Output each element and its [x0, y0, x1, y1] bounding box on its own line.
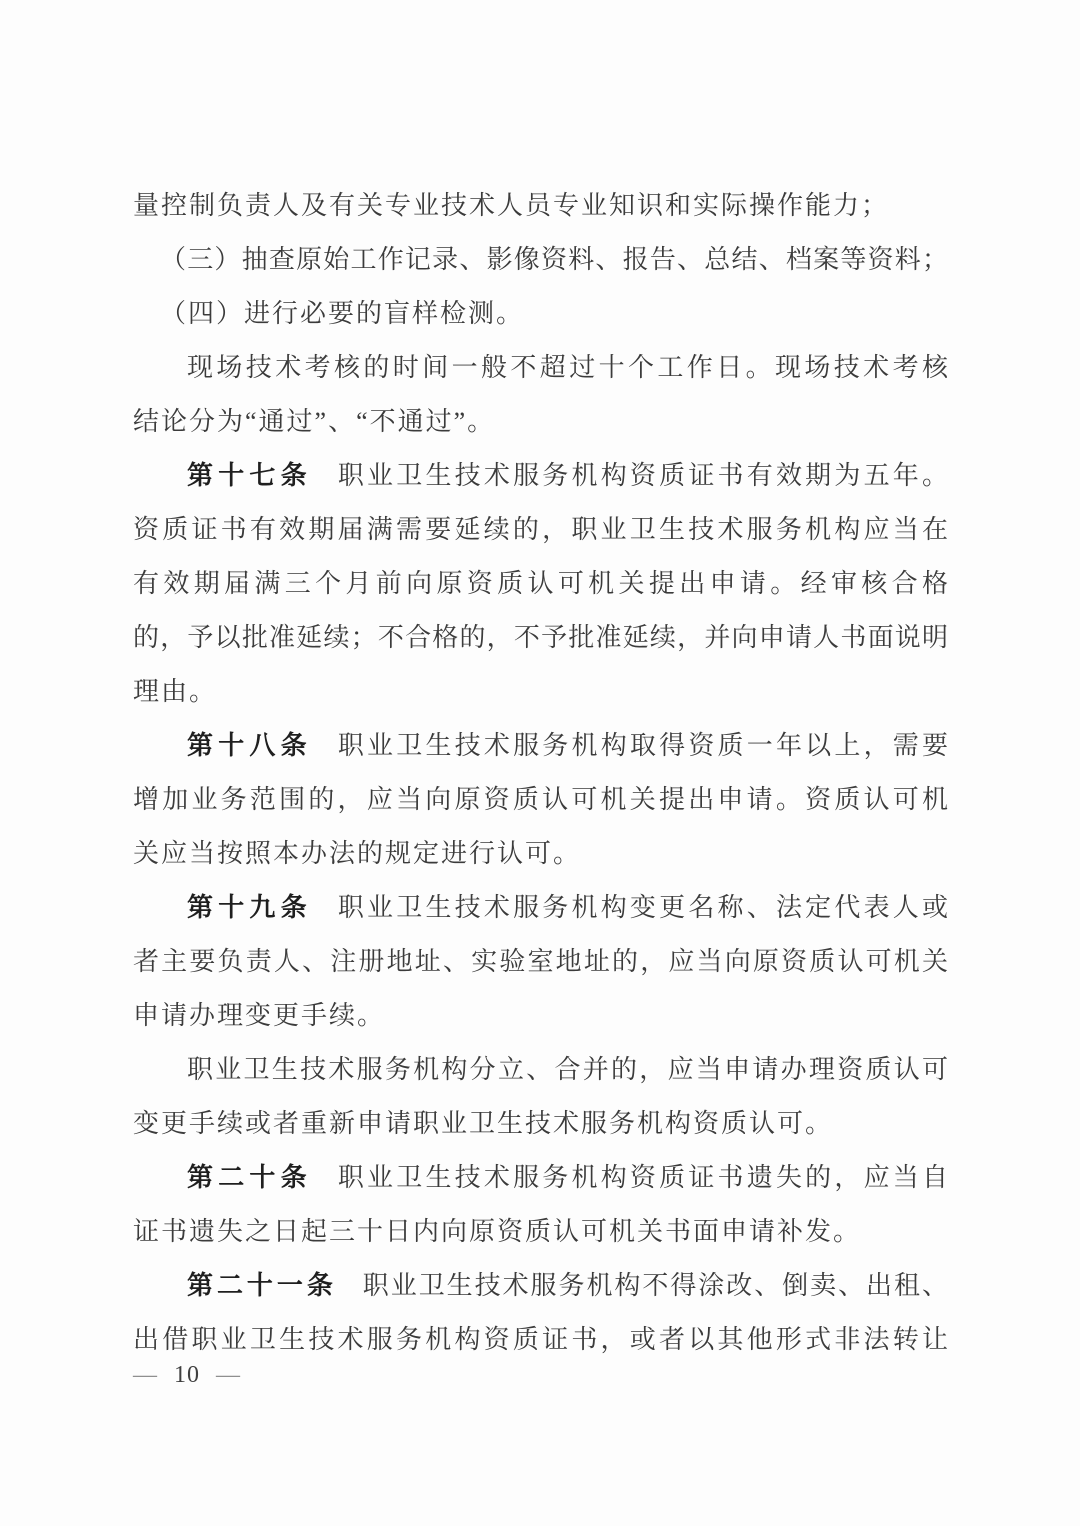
- text-line: 的，予以批准延续；不合格的，不予批准延续，并向申请人书面说明: [133, 611, 948, 665]
- text-run: 关应当按照本办法的规定进行认可。: [133, 839, 581, 868]
- text-line: 增加业务范围的，应当向原资质认可机关提出申请。资质认可机: [133, 773, 948, 827]
- text-run: 有效期届满三个月前向原资质认可机关提出申请。经审核合格: [133, 569, 948, 598]
- document-body: 量控制负责人及有关专业技术人员专业知识和实际操作能力；（三）抽查原始工作记录、影…: [133, 179, 948, 1367]
- text-line: 理由。: [133, 665, 948, 719]
- text-run: 结论分为“通过”、“不通过”。: [133, 407, 495, 436]
- text-run: 出借职业卫生技术服务机构资质证书，或者以其他形式非法转让: [133, 1325, 948, 1354]
- text-line: 者主要负责人、注册地址、实验室地址的，应当向原资质认可机关: [133, 935, 948, 989]
- text-line: 第十八条职业卫生技术服务机构取得资质一年以上，需要: [133, 719, 948, 773]
- text-run: 变更手续或者重新申请职业卫生技术服务机构资质认可。: [133, 1109, 833, 1138]
- text-line: 变更手续或者重新申请职业卫生技术服务机构资质认可。: [133, 1097, 948, 1151]
- article-number: 第十九条: [187, 893, 312, 922]
- text-line: 第十九条职业卫生技术服务机构变更名称、法定代表人或: [133, 881, 948, 935]
- text-line: 关应当按照本办法的规定进行认可。: [133, 827, 948, 881]
- text-line: 第二十条职业卫生技术服务机构资质证书遗失的，应当自: [133, 1151, 948, 1205]
- text-run: 证书遗失之日起三十日内向原资质认可机关书面申请补发。: [133, 1217, 861, 1246]
- text-line: 出借职业卫生技术服务机构资质证书，或者以其他形式非法转让: [133, 1313, 948, 1367]
- footer-dash-right: —: [216, 1362, 241, 1388]
- text-line: 现场技术考核的时间一般不超过十个工作日。现场技术考核: [133, 341, 948, 395]
- text-line: 结论分为“通过”、“不通过”。: [133, 395, 948, 449]
- text-run: 资质证书有效期届满需要延续的，职业卫生技术服务机构应当在: [133, 515, 948, 544]
- article-number: 第二十条: [187, 1163, 312, 1192]
- text-line: 第十七条职业卫生技术服务机构资质证书有效期为五年。: [133, 449, 948, 503]
- text-run: 职业卫生技术服务机构取得资质一年以上，需要: [338, 731, 948, 760]
- text-run: 职业卫生技术服务机构分立、合并的，应当申请办理资质认可: [187, 1055, 948, 1084]
- text-run: （三）抽查原始工作记录、影像资料、报告、总结、档案等资料；: [160, 245, 948, 274]
- text-line: 资质证书有效期届满需要延续的，职业卫生技术服务机构应当在: [133, 503, 948, 557]
- text-run: 量控制负责人及有关专业技术人员专业知识和实际操作能力；: [133, 191, 889, 220]
- footer-dash-left: —: [133, 1362, 158, 1388]
- text-run: 职业卫生技术服务机构不得涂改、倒卖、出租、: [363, 1271, 948, 1300]
- text-line: 职业卫生技术服务机构分立、合并的，应当申请办理资质认可: [133, 1043, 948, 1097]
- text-run: 职业卫生技术服务机构资质证书有效期为五年。: [338, 461, 948, 490]
- text-line: 申请办理变更手续。: [133, 989, 948, 1043]
- text-line: （三）抽查原始工作记录、影像资料、报告、总结、档案等资料；: [133, 233, 948, 287]
- text-run: （四）进行必要的盲样检测。: [160, 299, 524, 328]
- text-line: 第二十一条职业卫生技术服务机构不得涂改、倒卖、出租、: [133, 1259, 948, 1313]
- text-run: 申请办理变更手续。: [133, 1001, 385, 1030]
- text-run: 者主要负责人、注册地址、实验室地址的，应当向原资质认可机关: [133, 947, 948, 976]
- text-run: 职业卫生技术服务机构资质证书遗失的，应当自: [338, 1163, 948, 1192]
- text-line: 量控制负责人及有关专业技术人员专业知识和实际操作能力；: [133, 179, 948, 233]
- text-run: 的，予以批准延续；不合格的，不予批准延续，并向申请人书面说明: [133, 623, 948, 652]
- text-line: 证书遗失之日起三十日内向原资质认可机关书面申请补发。: [133, 1205, 948, 1259]
- text-run: 职业卫生技术服务机构变更名称、法定代表人或: [338, 893, 948, 922]
- text-run: 现场技术考核的时间一般不超过十个工作日。现场技术考核: [187, 353, 948, 382]
- page-footer: —10—: [133, 1358, 241, 1392]
- article-number: 第十七条: [187, 461, 312, 490]
- page-number: 10: [174, 1362, 200, 1388]
- text-line: 有效期届满三个月前向原资质认可机关提出申请。经审核合格: [133, 557, 948, 611]
- text-run: 增加业务范围的，应当向原资质认可机关提出申请。资质认可机: [133, 785, 948, 814]
- article-number: 第十八条: [187, 731, 312, 760]
- text-line: （四）进行必要的盲样检测。: [133, 287, 948, 341]
- text-run: 理由。: [133, 677, 217, 706]
- document-page: 量控制负责人及有关专业技术人员专业知识和实际操作能力；（三）抽查原始工作记录、影…: [0, 0, 1080, 1526]
- article-number: 第二十一条: [187, 1271, 337, 1300]
